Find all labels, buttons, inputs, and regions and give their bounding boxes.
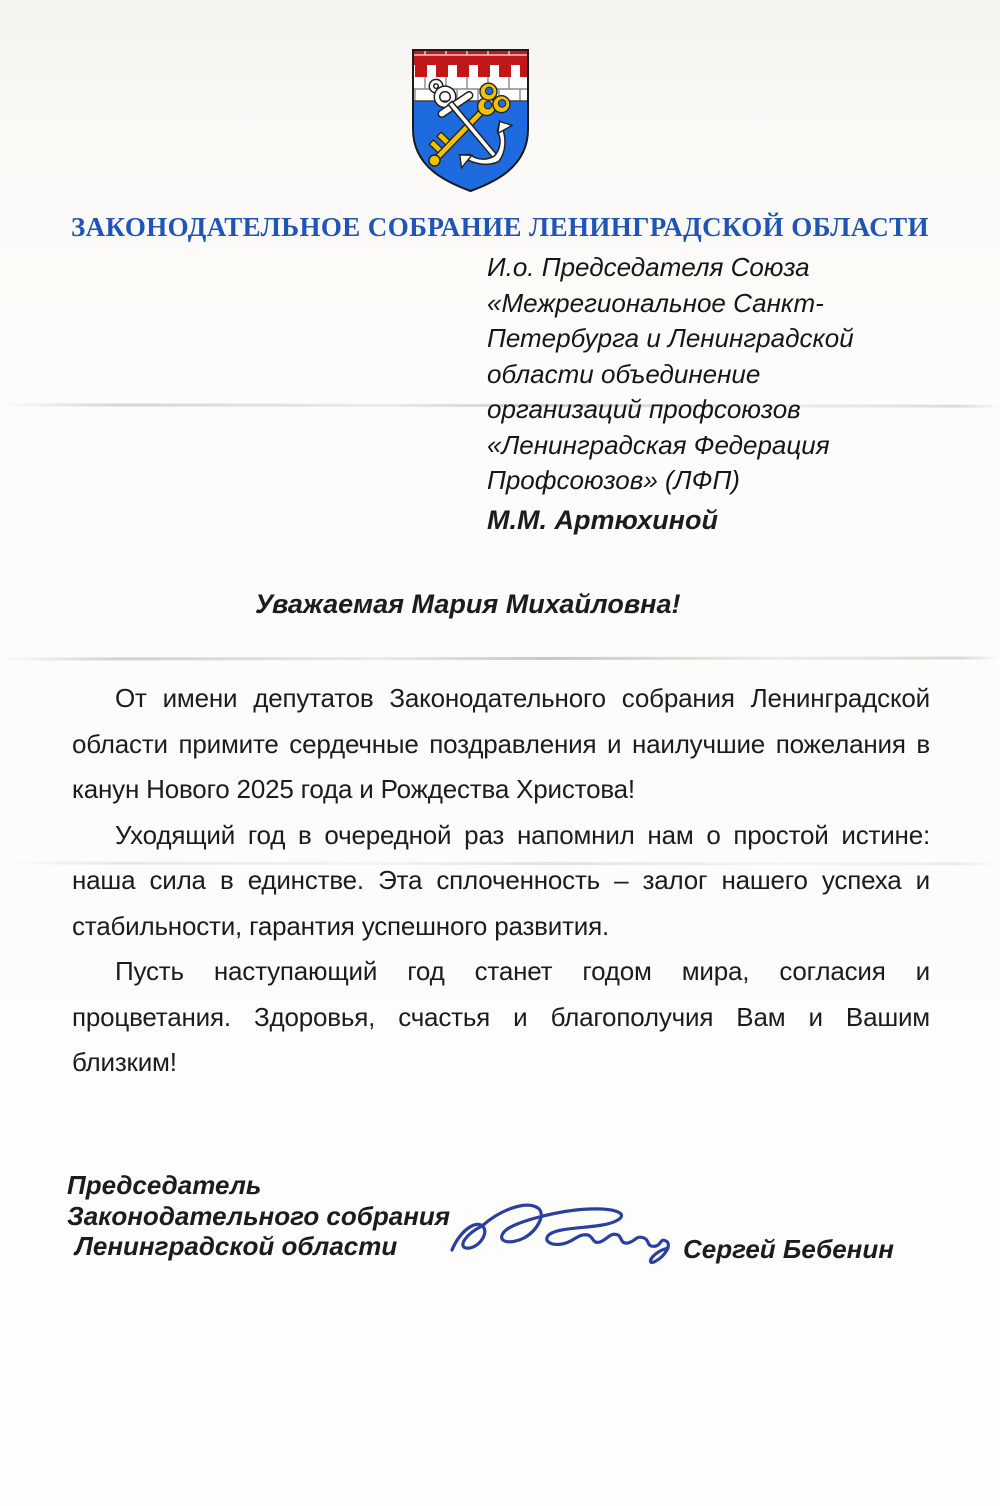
body-text-line: Уходящий год в очередной раз напомнил на…: [72, 813, 930, 859]
scanned-letter-page: ЗАКОНОДАТЕЛЬНОЕ СОБРАНИЕ ЛЕНИНГРАДСКОЙ О…: [0, 0, 1000, 1506]
signer-title-line: Ленинградской области: [67, 1231, 450, 1262]
body-text-line: близким!: [72, 1040, 930, 1086]
coat-of-arms-leningrad-oblast-icon: [408, 45, 533, 193]
signer-title-line: Председатель: [67, 1170, 450, 1201]
body-text-line: стабильности, гарантия успешного развити…: [72, 904, 930, 950]
organization-name: ЗАКОНОДАТЕЛЬНОЕ СОБРАНИЕ ЛЕНИНГРАДСКОЙ О…: [0, 212, 1000, 243]
recipient-address-line: И.о. Председателя Союза: [487, 250, 927, 286]
recipient-address-line: Петербурга и Ленинградской: [487, 321, 927, 357]
recipient-name: М.М. Артюхиной: [487, 505, 718, 536]
recipient-address: И.о. Председателя Союза«Межрегиональное …: [487, 250, 927, 499]
recipient-address-line: области объединение: [487, 357, 927, 393]
recipient-address-line: «Ленинградская Федерация: [487, 428, 927, 464]
salutation: Уважаемая Мария Михайловна!: [255, 589, 680, 620]
body-text-line: От имени депутатов Законодательного собр…: [72, 676, 930, 722]
body-text-line: области примите сердечные поздравления и…: [72, 722, 930, 768]
paper-fold-crease: [0, 656, 1000, 660]
signer-title-line: Законодательного собрания: [67, 1201, 450, 1232]
signature-stroke: [452, 1205, 668, 1262]
recipient-address-line: Профсоюзов» (ЛФП): [487, 463, 927, 499]
signer-name: Сергей Бебенин: [683, 1234, 894, 1265]
body-text-line: наша сила в единстве. Эта сплоченность –…: [72, 858, 930, 904]
signer-title: ПредседательЗаконодательного собранияЛен…: [67, 1170, 450, 1262]
recipient-address-line: «Межрегиональное Санкт-: [487, 286, 927, 322]
recipient-address-line: организаций профсоюзов: [487, 392, 927, 428]
body-text-line: Пусть наступающий год станет годом мира,…: [72, 949, 930, 995]
body-text-line: процветания. Здоровья, счастья и благопо…: [72, 995, 930, 1041]
letter-body: От имени депутатов Законодательного собр…: [72, 676, 930, 1086]
body-text-line: канун Нового 2025 года и Рождества Христ…: [72, 767, 930, 813]
handwritten-signature: [432, 1186, 672, 1276]
